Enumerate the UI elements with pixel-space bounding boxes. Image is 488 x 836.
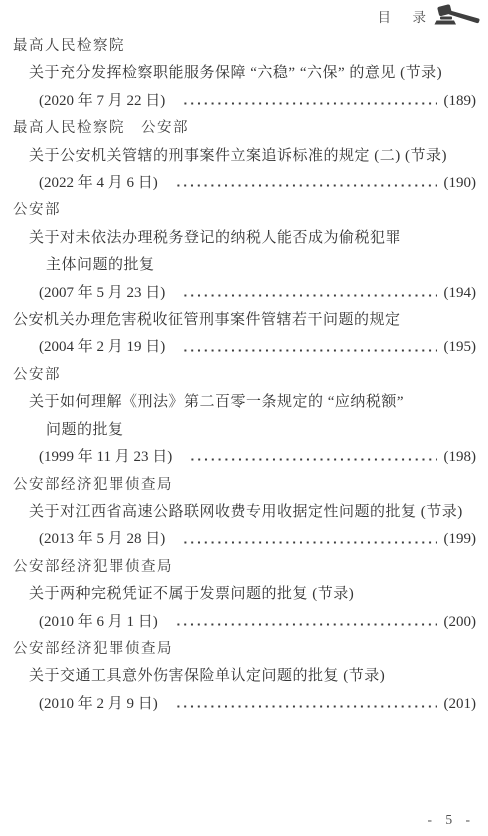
entry-date-row: (2004 年 2 月 19 日)(195) [12, 334, 476, 361]
entry-page-number: (199) [444, 526, 477, 553]
entry-date-row: (2010 年 6 月 1 日)(200) [12, 609, 476, 636]
toc-entry: 公安部经济犯罪侦查局关于对江西省高速公路联网收费专用收据定性问题的批复 (节录)… [12, 472, 476, 554]
dotted-leader [175, 704, 437, 709]
entry-agency: 公安部 [12, 362, 476, 389]
entry-date-row: (2010 年 2 月 9 日)(201) [12, 691, 476, 718]
dotted-leader [175, 183, 437, 188]
toc-entry: 最高人民检察院 公安部关于公安机关管辖的刑事案件立案追诉标准的规定 (二) (节… [12, 115, 476, 197]
dotted-leader [182, 348, 436, 353]
entry-date-row: (1999 年 11 月 23 日)(198) [12, 444, 476, 471]
entry-date-row: (2020 年 7 月 22 日)(189) [12, 88, 476, 115]
dotted-leader [182, 540, 436, 545]
entry-page-number: (194) [444, 280, 477, 307]
toc-list: 最高人民检察院关于充分发挥检察职能服务保障 “六稳” “六保” 的意见 (节录)… [12, 33, 476, 718]
entry-page-number: (200) [444, 609, 477, 636]
entry-title: 关于对未依法办理税务登记的纳税人能否成为偷税犯罪 [12, 225, 476, 252]
entry-agency: 公安部经济犯罪侦查局 [12, 472, 476, 499]
toc-entry: 公安部经济犯罪侦查局关于两种完税凭证不属于发票问题的批复 (节录)(2010 年… [12, 554, 476, 636]
entry-title: 关于如何理解《刑法》第二百零一条规定的 “应纳税额” [12, 389, 476, 416]
dotted-leader [182, 293, 436, 298]
entry-date-row: (2013 年 5 月 28 日)(199) [12, 526, 476, 553]
entry-date: (2010 年 6 月 1 日) [39, 609, 158, 636]
entry-date: (2007 年 5 月 23 日) [39, 280, 165, 307]
entry-agency: 公安部 [12, 197, 476, 224]
entry-agency: 最高人民检察院 [12, 33, 476, 60]
entry-title: 公安机关办理危害税收征管刑事案件管辖若干问题的规定 [12, 307, 476, 334]
toc-entry: 最高人民检察院关于充分发挥检察职能服务保障 “六稳” “六保” 的意见 (节录)… [12, 33, 476, 115]
gavel-icon [434, 4, 480, 28]
page-number-footer: - 5 - [428, 812, 476, 828]
toc-page: 目 录 最高人民检察院关于充分发挥检察职能服务保障 “六稳” “六保” 的意见 … [0, 0, 488, 836]
toc-entry: 公安部关于对未依法办理税务登记的纳税人能否成为偷税犯罪主体问题的批复(2007 … [12, 197, 476, 307]
entry-date: (2004 年 2 月 19 日) [39, 334, 165, 361]
entry-agency: 最高人民检察院 公安部 [12, 115, 476, 142]
entry-page-number: (189) [444, 88, 477, 115]
toc-entry: 公安部经济犯罪侦查局关于交通工具意外伤害保险单认定问题的批复 (节录)(2010… [12, 636, 476, 718]
entry-date-row: (2022 年 4 月 6 日)(190) [12, 170, 476, 197]
entry-title: 关于充分发挥检察职能服务保障 “六稳” “六保” 的意见 (节录) [12, 60, 476, 87]
dotted-leader [175, 622, 437, 627]
entry-page-number: (190) [444, 170, 477, 197]
dotted-leader [182, 101, 436, 106]
entry-date: (2010 年 2 月 9 日) [39, 691, 158, 718]
entry-title-continuation: 问题的批复 [12, 417, 476, 444]
entry-title: 关于对江西省高速公路联网收费专用收据定性问题的批复 (节录) [12, 499, 476, 526]
entry-date: (2020 年 7 月 22 日) [39, 88, 165, 115]
page-title: 目 录 [378, 6, 431, 26]
entry-page-number: (195) [444, 334, 477, 361]
entry-page-number: (201) [444, 691, 477, 718]
entry-date-row: (2007 年 5 月 23 日)(194) [12, 280, 476, 307]
entry-agency: 公安部经济犯罪侦查局 [12, 636, 476, 663]
entry-date: (2013 年 5 月 28 日) [39, 526, 165, 553]
entry-title: 关于交通工具意外伤害保险单认定问题的批复 (节录) [12, 663, 476, 690]
entry-date: (1999 年 11 月 23 日) [39, 444, 172, 471]
dotted-leader [189, 457, 436, 462]
entry-title-continuation: 主体问题的批复 [12, 252, 476, 279]
entry-title: 关于公安机关管辖的刑事案件立案追诉标准的规定 (二) (节录) [12, 143, 476, 170]
entry-page-number: (198) [444, 444, 477, 471]
entry-date: (2022 年 4 月 6 日) [39, 170, 158, 197]
toc-header: 目 录 [378, 4, 481, 28]
toc-entry: 公安部关于如何理解《刑法》第二百零一条规定的 “应纳税额”问题的批复(1999 … [12, 362, 476, 472]
entry-title: 关于两种完税凭证不属于发票问题的批复 (节录) [12, 581, 476, 608]
toc-entry: 公安机关办理危害税收征管刑事案件管辖若干问题的规定(2004 年 2 月 19 … [12, 307, 476, 362]
entry-agency: 公安部经济犯罪侦查局 [12, 554, 476, 581]
